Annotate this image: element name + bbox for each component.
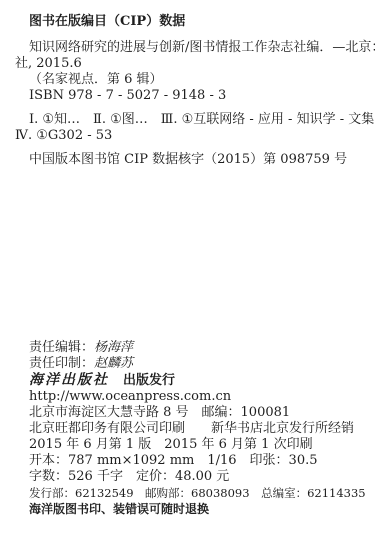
address-line: 北京市海淀区大慧寺路 8 号 邮编：100081 xyxy=(29,405,367,421)
words-price-line: 字数：526 千字 定价：48.00 元 xyxy=(29,469,367,485)
cip-series: （名家视点．第 6 辑） xyxy=(15,72,363,88)
printer-line: 责任印制：赵麟苏 xyxy=(29,356,367,372)
cip-block: 图书在版编目（CIP）数据 知识网络研究的进展与创新/图书情报工作杂志社编．—北… xyxy=(15,14,363,168)
cip-title-line1: 知识网络研究的进展与创新/图书情报工作杂志社编．—北京：海洋出版 xyxy=(15,40,363,56)
contacts-line: 发行部：62132549 邮购部：68038093 总编室：62114335 xyxy=(29,485,367,501)
publish-distribute-label: 出版发行 xyxy=(123,373,175,388)
cip-class-line2: Ⅳ. ①G302 - 53 xyxy=(15,128,363,144)
website-line: http://www.oceanpress.com.cn xyxy=(29,389,367,405)
print-distribute-line: 北京旺都印务有限公司印刷 新华书店北京发行所经销 xyxy=(29,421,367,437)
cip-classification: Ⅰ. ①知… Ⅱ. ①图… Ⅲ. ①互联网络 - 应用 - 知识学 - 文集 Ⅳ… xyxy=(15,112,363,144)
colophon-block: 责任编辑：杨海萍 责任印制：赵麟苏 海洋出版社出版发行 http://www.o… xyxy=(29,340,367,517)
cip-class-line1: Ⅰ. ①知… Ⅱ. ①图… Ⅲ. ①互联网络 - 应用 - 知识学 - 文集 xyxy=(15,112,363,128)
return-notice-line: 海洋版图书印、装错误可随时退换 xyxy=(29,501,367,517)
editor-label: 责任编辑： xyxy=(29,340,94,355)
cip-isbn: ISBN 978 - 7 - 5027 - 9148 - 3 xyxy=(15,88,363,104)
copyright-page: 图书在版编目（CIP）数据 知识网络研究的进展与创新/图书情报工作杂志社编．—北… xyxy=(0,0,375,546)
edition-line: 2015 年 6 月第 1 版 2015 年 6 月第 1 次印刷 xyxy=(29,437,367,453)
publisher-line: 海洋出版社出版发行 xyxy=(29,372,367,389)
cip-title-paragraph: 知识网络研究的进展与创新/图书情报工作杂志社编．—北京：海洋出版 社, 2015… xyxy=(15,40,363,72)
printer-name: 赵麟苏 xyxy=(94,356,133,371)
format-line: 开本：787 mm×1092 mm 1/16 印张：30.5 xyxy=(29,453,367,469)
editor-name: 杨海萍 xyxy=(94,340,133,355)
cip-title-line2: 社, 2015.6 xyxy=(15,56,363,72)
cip-header: 图书在版编目（CIP）数据 xyxy=(15,14,363,30)
printer-label: 责任印制： xyxy=(29,356,94,371)
cip-record-number: 中国版本图书馆 CIP 数据核字（2015）第 098759 号 xyxy=(15,152,363,168)
editor-line: 责任编辑：杨海萍 xyxy=(29,340,367,356)
publisher-logo: 海洋出版社 xyxy=(29,372,109,388)
